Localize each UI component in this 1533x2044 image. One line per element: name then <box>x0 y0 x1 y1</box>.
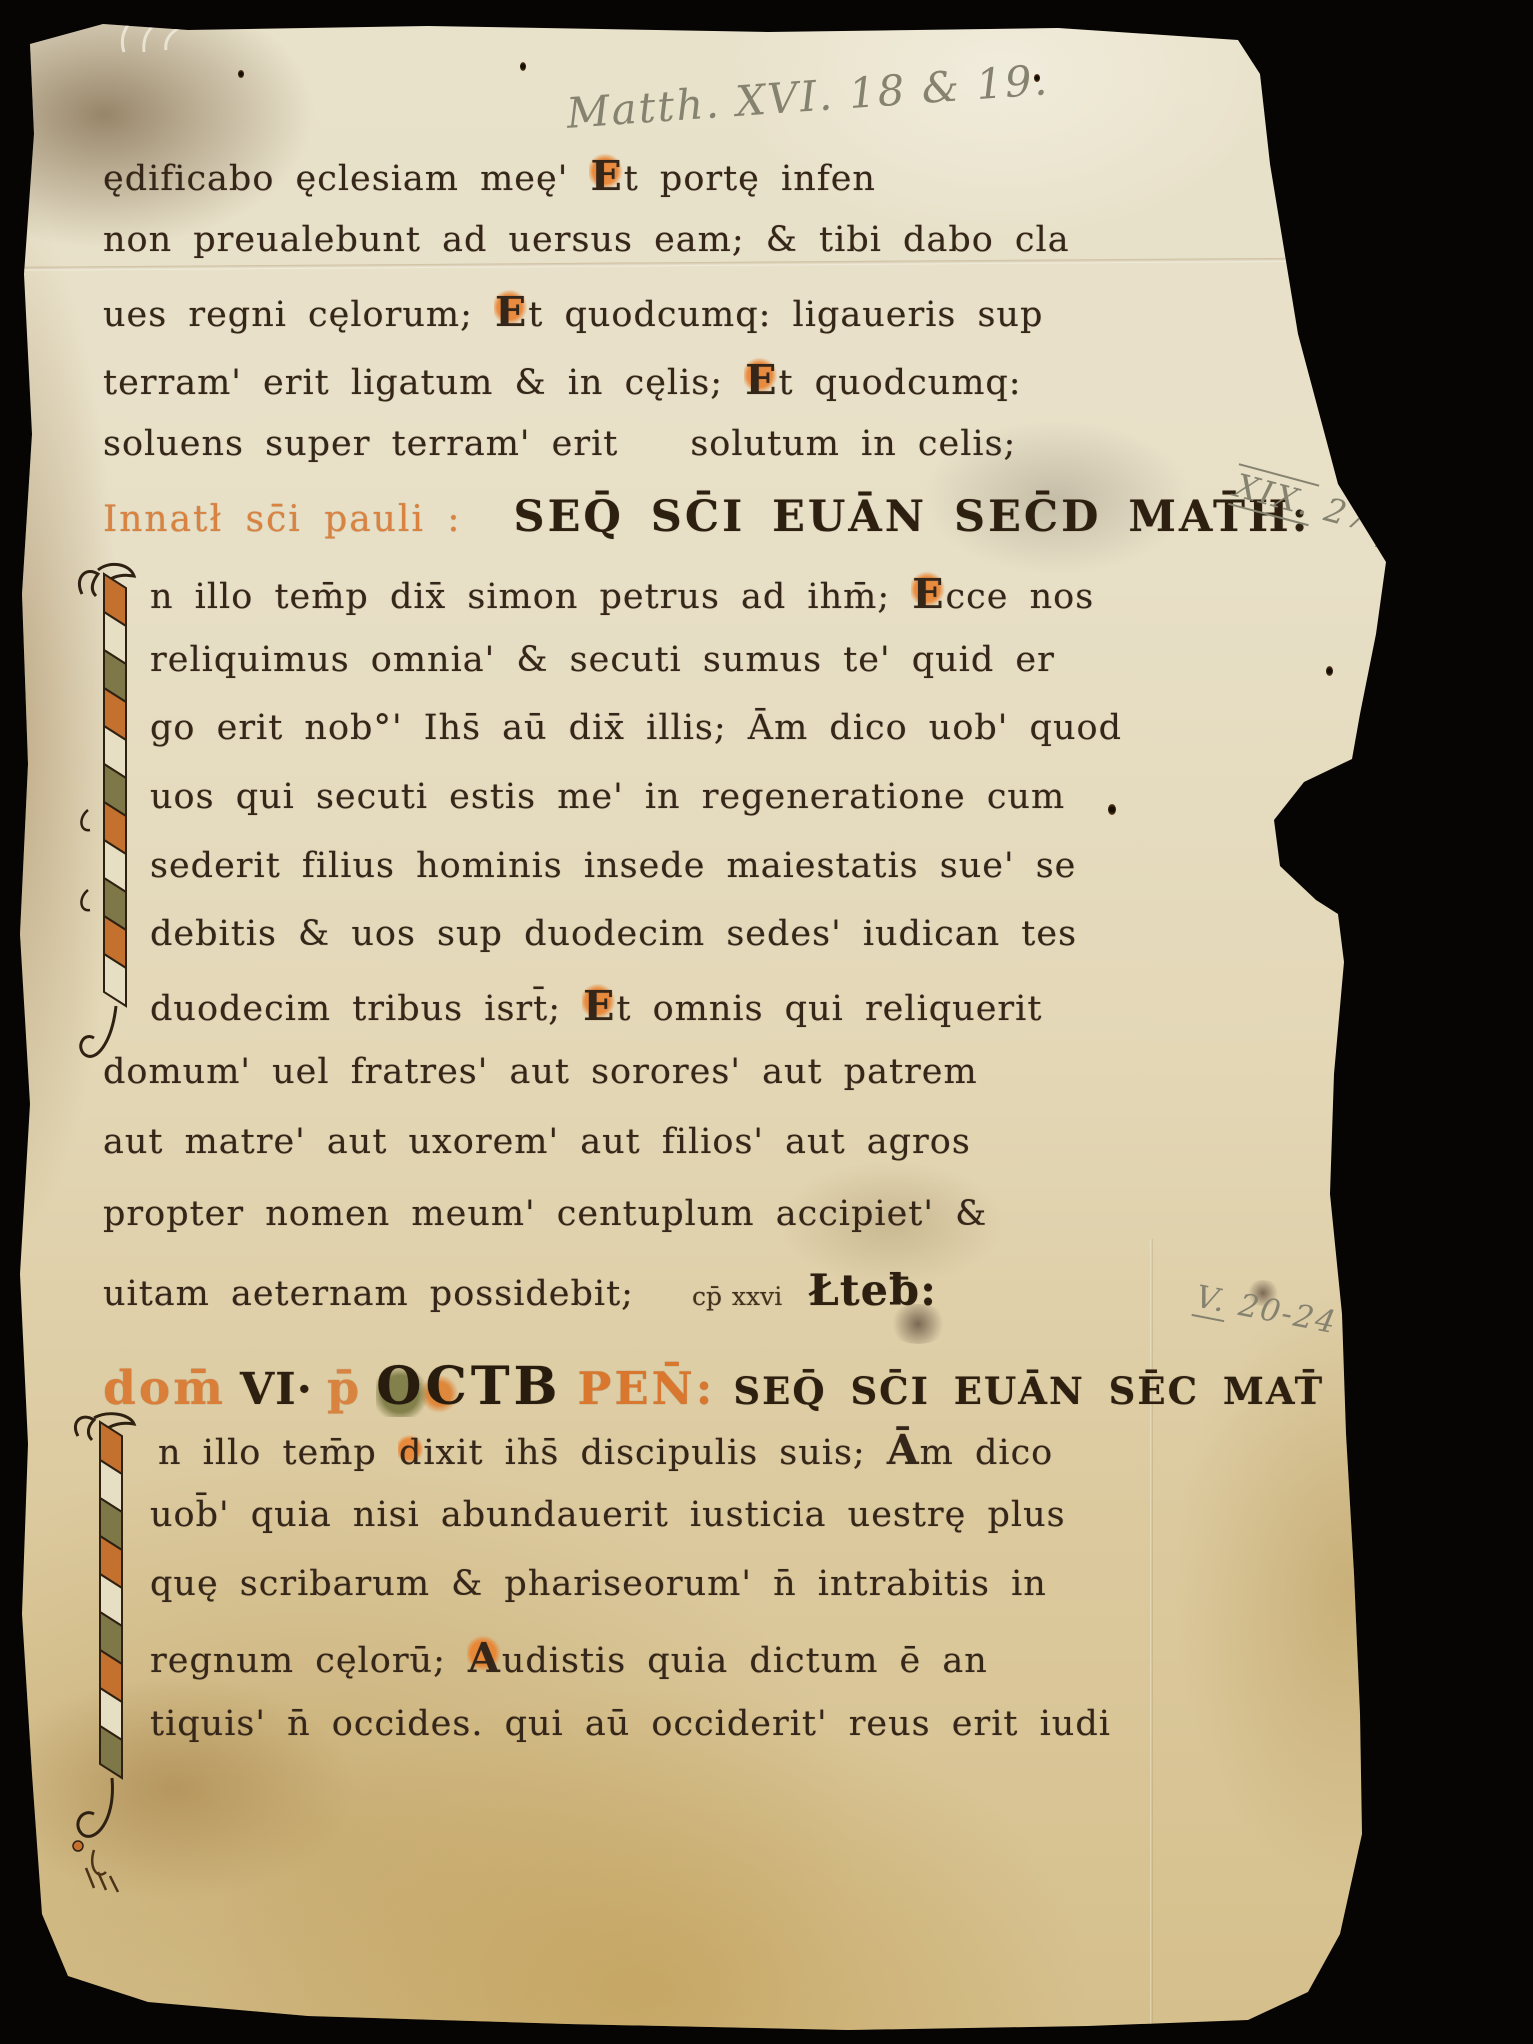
text-line: sederit filius hominis insede maiestatis… <box>150 846 1076 910</box>
text-run: soluens super terram' erit <box>103 424 618 464</box>
pencil-verse-end: 29. <box>1372 518 1441 577</box>
text-run: ues regni cęlorum; <box>103 295 494 335</box>
text-run: uos qui secuti estis me' in regeneration… <box>150 777 1065 817</box>
feast-rubric-octave: OCTB <box>376 1356 561 1417</box>
text-line: domum' uel fratres' aut sorores' aut pat… <box>103 1052 978 1116</box>
text-line: uos qui secuti estis me' in regeneration… <box>150 777 1065 841</box>
text-line: reliquimus omnia' & secuti sumus te' qui… <box>150 640 1055 704</box>
feast-rubric-dom: dom̄ <box>103 1361 226 1416</box>
versal-letter: A <box>467 1634 502 1682</box>
text-line: debitis & uos sup duodecim sedes' iudica… <box>150 914 1077 978</box>
wormhole <box>1326 666 1333 676</box>
pencil-annotation-top: Matth. XVI. 18 & 19. <box>565 55 1051 138</box>
versal-letter: E <box>744 356 778 404</box>
versal-letter: E <box>582 982 616 1030</box>
text-line: terram' erit ligatum & in cęlis; Et quod… <box>103 356 1022 420</box>
text-line: soluens super terram' eritsolutum in cel… <box>103 424 1016 488</box>
feast-rubric-pentecost: PEN̄: <box>578 1362 716 1415</box>
text-run: t quodcumq: ligaueris sup <box>528 295 1043 335</box>
parchment-thread <box>104 14 194 54</box>
rubric-line-1: Innatł sc̄i pauli :SEQ̄ SC̄I EUĀN SEC̄D … <box>103 492 1310 556</box>
chapter-reference: cp̄ xxvi <box>692 1282 782 1311</box>
pencil-verse-range: 27- <box>1308 487 1387 543</box>
text-run: propter nomen meum' centuplum accipiet' … <box>103 1194 987 1234</box>
text-run: uitam aeternam possidebit; <box>103 1274 634 1314</box>
pencil-verse-range: 20-24 <box>1224 1285 1340 1342</box>
gospel-incipit-2: SEQ̄ SC̄I EUĀN SĒC MAT̄ <box>733 1369 1324 1413</box>
rubric-line-2: dom̄VI·p̄OCTBPEN̄:SEQ̄ SC̄I EUĀN SĒC MAT… <box>103 1356 1324 1420</box>
text-line: uob̄' quia nisi abundauerit iusticia ues… <box>150 1495 1066 1559</box>
text-run: tiquis' n̄ occides. qui aū occiderit' re… <box>150 1704 1111 1744</box>
text-run: quę scribarum & phariseorum' n̄ intrabit… <box>150 1564 1047 1604</box>
text-line: duodecim tribus isrt̄; Et omnis qui reli… <box>150 982 1042 1046</box>
parchment-leaf: Matth. XVI. 18 & 19. <box>8 14 1388 2030</box>
text-run: ędificabo ęclesiam meę' <box>103 159 589 199</box>
text-run: solutum in celis; <box>690 424 1016 464</box>
text-run: t portę infen <box>624 159 876 199</box>
wormhole <box>1108 804 1116 815</box>
text-run: n illo tem̄p <box>158 1433 398 1473</box>
text-run: domum' uel fratres' aut sorores' aut pat… <box>103 1052 978 1092</box>
text-line: n illo tem̄p dixit ihs̄ discipulis suis;… <box>158 1426 1053 1490</box>
versal-letter: E <box>911 570 945 618</box>
text-run: m dico <box>920 1433 1054 1473</box>
lection-mark: Łteƀ: <box>808 1266 937 1316</box>
text-run: duodecim tribus isrt̄; <box>150 989 582 1029</box>
feast-rubric-post: p̄ <box>327 1361 360 1415</box>
text-line: non preualebunt ad uersus eam; & tibi da… <box>103 220 1070 284</box>
text-run: regnum cęlorū; <box>150 1641 467 1681</box>
text-run: n illo tem̄p dix̄ simon petrus ad ihm̄; <box>150 577 911 617</box>
feast-rubric-number: VI· <box>240 1364 313 1415</box>
feast-rubric: Innatł sc̄i pauli : <box>103 499 462 540</box>
text-line: ues regni cęlorum; Et quodcumq: ligaueri… <box>103 288 1043 352</box>
text-line: quę scribarum & phariseorum' n̄ intrabit… <box>150 1564 1047 1628</box>
text-run: t quodcumq: <box>778 363 1021 403</box>
text-run: udistis quia dictum ē an <box>502 1641 988 1681</box>
wormhole <box>238 70 244 78</box>
text-line: go erit nob°' Ihs̄ aū dix̄ illis; Ām dic… <box>150 708 1122 772</box>
text-line: n illo tem̄p dix̄ simon petrus ad ihm̄; … <box>150 570 1094 634</box>
text-run: ixit ihs̄ discipulis suis; <box>423 1433 887 1473</box>
text-run: non preualebunt ad uersus eam; & tibi da… <box>103 220 1070 260</box>
text-run: reliquimus omnia' & secuti sumus te' qui… <box>150 640 1055 680</box>
decorated-initial-I-2 <box>64 1410 150 1910</box>
text-line: propter nomen meum' centuplum accipiet' … <box>103 1194 987 1258</box>
decorated-initial-I-1 <box>72 560 144 1080</box>
pencil-annotation-text: Matth. XVI. 18 & 19. <box>565 55 1051 138</box>
text-run: t omnis qui reliquerit <box>616 989 1042 1029</box>
versal-letter: d <box>398 1433 423 1473</box>
text-run: aut matre' aut uxorem' aut filios' aut a… <box>103 1122 971 1162</box>
text-line: aut matre' aut uxorem' aut filios' aut a… <box>103 1122 971 1186</box>
text-run: cce nos <box>946 577 1095 617</box>
text-line: tiquis' n̄ occides. qui aū occiderit' re… <box>150 1704 1111 1768</box>
gospel-incipit: SEQ̄ SC̄I EUĀN SEC̄D MAT̄H: <box>514 492 1311 542</box>
text-line: uitam aeternam possidebit;cp̄ xxviŁteƀ: <box>103 1266 937 1330</box>
wormhole <box>520 62 526 71</box>
text-run: terram' erit ligatum & in cęlis; <box>103 363 744 403</box>
versal-letter: Ā <box>887 1426 920 1474</box>
text-line: regnum cęlorū; Audistis quia dictum ē an <box>150 1634 988 1698</box>
text-run: debitis & uos sup duodecim sedes' iudica… <box>150 914 1077 954</box>
text-run: go erit nob°' Ihs̄ aū dix̄ illis; Ām dic… <box>150 708 1122 748</box>
versal-letter: E <box>494 288 528 336</box>
versal-letter: E <box>589 152 623 200</box>
text-run: sederit filius hominis insede maiestatis… <box>150 846 1076 886</box>
text-line: ędificabo ęclesiam meę' Et portę infen <box>103 152 876 216</box>
manuscript-photo: Matth. XVI. 18 & 19. <box>0 0 1533 2044</box>
text-run: uob̄' quia nisi abundauerit iusticia ues… <box>150 1495 1066 1535</box>
